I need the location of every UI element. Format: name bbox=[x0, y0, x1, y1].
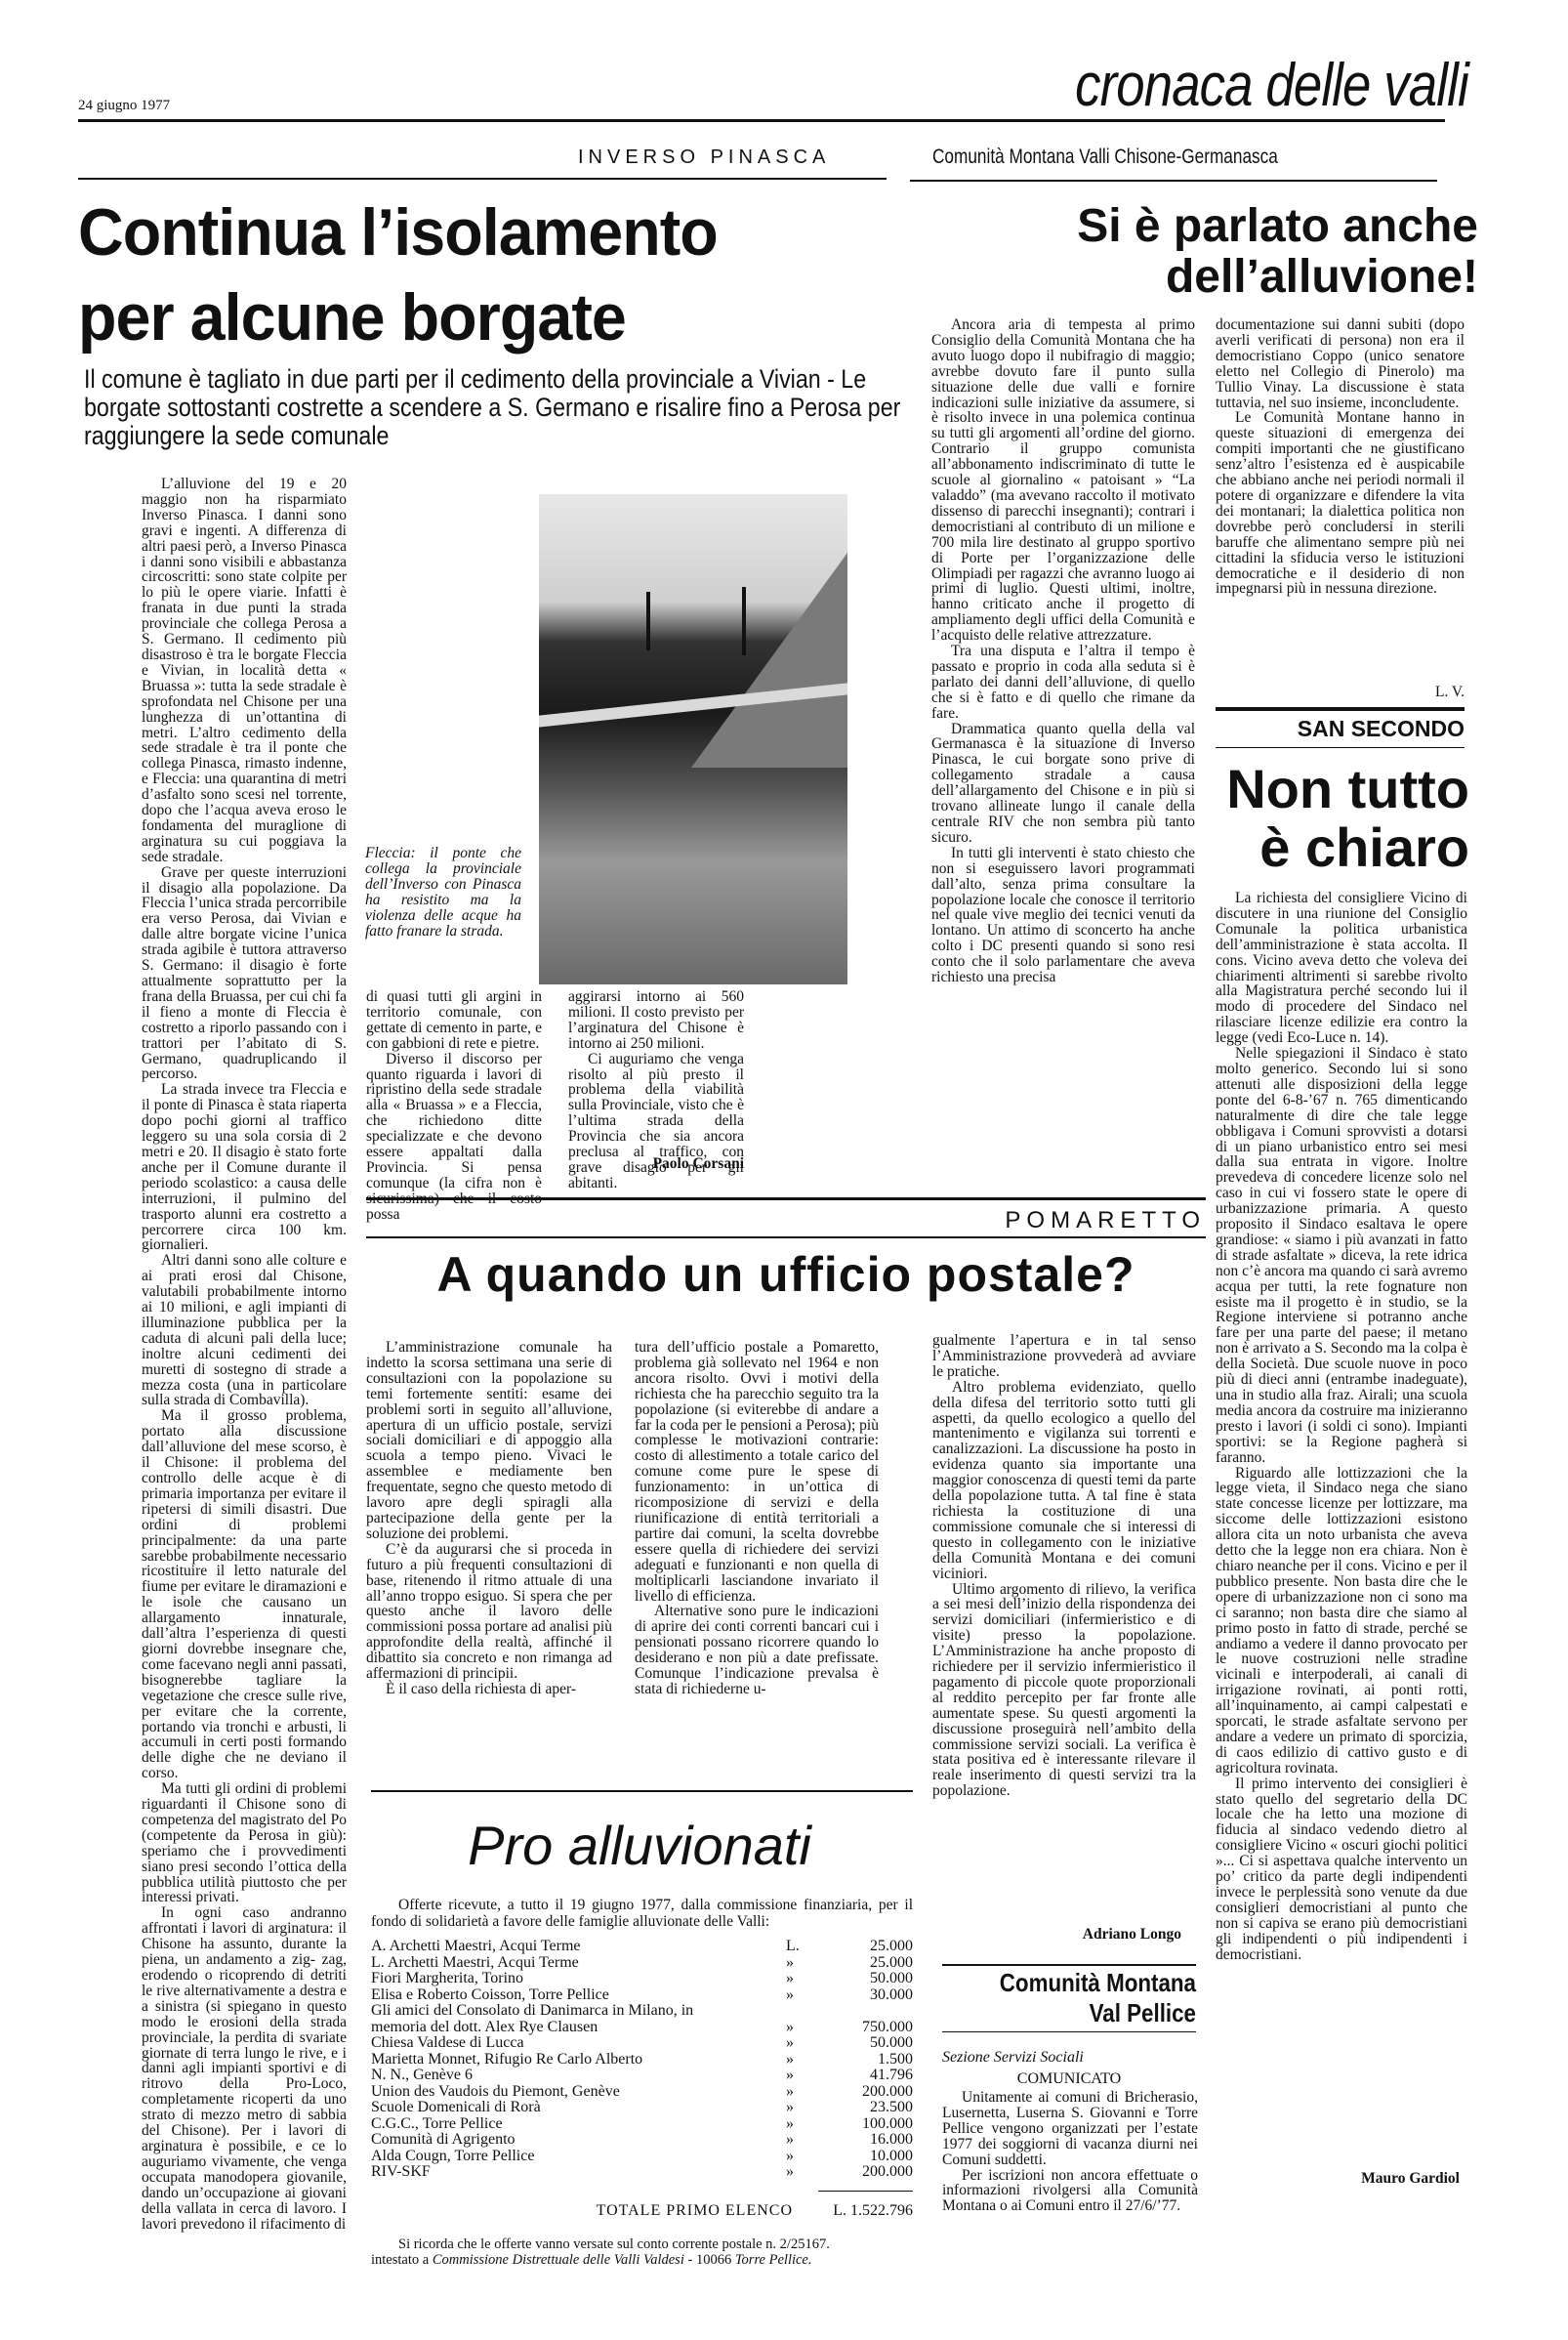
donations-note-line2: intestato a Commissione Distrettuale del… bbox=[371, 2252, 913, 2268]
paragraph: Altro problema evidenziato, quello della… bbox=[932, 1380, 1196, 1582]
paragraph: Ancora aria di tempesta al primo Consigl… bbox=[931, 317, 1195, 644]
article1-headline-line2: per alcune borgate bbox=[78, 275, 626, 359]
val-pellice-rule-bottom bbox=[942, 2031, 1196, 2032]
table-row: L. Archetti Maestri, Acqui Terme»25.000 bbox=[371, 1955, 913, 1972]
utility-pole bbox=[646, 592, 650, 650]
article5-body: Unitamente ai comuni di Bricherasio, Lus… bbox=[942, 2090, 1198, 2214]
paragraph: Riguardo alle lottizzazioni che la legge… bbox=[1216, 1466, 1467, 1776]
paragraph: aggirarsi intorno ai 560 milioni. Il cos… bbox=[568, 989, 744, 1052]
donations-intro: Offerte ricevute, a tutto il 19 giugno 1… bbox=[371, 1897, 913, 1930]
article5-headline-line2: Val Pellice bbox=[973, 1998, 1196, 2028]
article1-column-2: di quasi tutti gli argini in territorio … bbox=[366, 989, 542, 1223]
section-rule-left bbox=[78, 178, 887, 180]
table-row: Union des Vaudois du Piemont, Genève»200… bbox=[371, 2084, 913, 2101]
paragraph: In ogni caso andranno affrontati i lavor… bbox=[142, 1905, 347, 2232]
paragraph: Tra una disputa e l’altra il tempo è pas… bbox=[931, 644, 1195, 722]
donations-rule bbox=[371, 1790, 913, 1792]
article1-headline-line1: Continua l’isolamento bbox=[78, 190, 718, 274]
article3-headline-line2: è chiaro bbox=[1216, 818, 1469, 877]
paragraph: di quasi tutti gli argini in territorio … bbox=[366, 989, 542, 1052]
donations-table: A. Archetti Maestri, Acqui TermeL.25.000… bbox=[371, 1939, 913, 2181]
article1-subhead: Il comune è tagliato in due parti per il… bbox=[84, 365, 932, 450]
article3-headline-line1: Non tutto bbox=[1216, 760, 1469, 818]
table-row: C.G.C., Torre Pellice»100.000 bbox=[371, 2116, 913, 2133]
paragraph: L’amministrazione comunale ha indetto la… bbox=[366, 1340, 612, 1542]
val-pellice-rule-top bbox=[942, 1964, 1196, 1966]
section-label-pomaretto: POMARETTO bbox=[937, 1207, 1206, 1234]
section-label-inverso-pinasca: INVERSO PINASCA bbox=[578, 146, 830, 169]
paragraph: Nelle spiegazioni il Sindaco è stato mol… bbox=[1216, 1046, 1467, 1465]
article4-column-3: gualmente l’apertura e in tal senso l’Am… bbox=[932, 1333, 1196, 1799]
paragraph: gualmente l’apertura e in tal senso l’Am… bbox=[932, 1333, 1196, 1380]
donations-title: Pro alluvionati bbox=[366, 1815, 913, 1877]
section-rule-right bbox=[910, 180, 1437, 182]
paragraph: C’è da augurarsi che si proceda in futur… bbox=[366, 1542, 612, 1682]
donations-note: Si ricorda che le offerte vanno versate … bbox=[371, 2236, 913, 2268]
paragraph: È il caso della richiesta di aper- bbox=[366, 1682, 612, 1697]
article2-headline-line1: Si è parlato anche bbox=[918, 200, 1478, 253]
masthead: cronaca delle valli bbox=[1075, 51, 1468, 120]
paragraph: Drammatica quanto quella della val Germa… bbox=[931, 722, 1195, 846]
pomaretto-rule-bottom bbox=[366, 1236, 1206, 1238]
section-label-san-secondo: SAN SECONDO bbox=[1216, 716, 1465, 742]
donations-total-label: TOTALE PRIMO ELENCO bbox=[547, 2202, 793, 2220]
paragraph: Altri danni sono alle colture e ai prati… bbox=[142, 1253, 347, 1408]
paragraph: Per iscrizioni non ancora effettuate o i… bbox=[942, 2168, 1198, 2215]
article3-byline: Mauro Gardiol bbox=[1216, 2170, 1460, 2188]
paragraph: Unitamente ai comuni di Bricherasio, Lus… bbox=[942, 2090, 1198, 2168]
article4-headline: A quando un ufficio postale? bbox=[366, 1245, 1206, 1304]
article1-byline: Paolo Corsani bbox=[568, 1155, 744, 1173]
paragraph: L’alluvione del 19 e 20 maggio non ha ri… bbox=[142, 477, 347, 865]
donations-note-line1: Si ricorda che le offerte vanno versate … bbox=[371, 2236, 913, 2252]
mountain-shape bbox=[691, 553, 847, 768]
article4-column-1: L’amministrazione comunale ha indetto la… bbox=[366, 1340, 612, 1697]
paragraph: La strada invece tra Fleccia e il ponte … bbox=[142, 1082, 347, 1253]
san-secondo-rule-top bbox=[1216, 707, 1465, 711]
paragraph: Grave per queste interruzioni il disagio… bbox=[142, 865, 347, 1083]
utility-pole bbox=[742, 587, 746, 655]
table-row: Scuole Domenicali di Rorà»23.500 bbox=[371, 2100, 913, 2116]
table-row: A. Archetti Maestri, Acqui TermeL.25.000 bbox=[371, 1939, 913, 1955]
article2-column-2: documentazione sui danni subiti (dopo av… bbox=[1216, 317, 1465, 597]
photo-caption: Fleccia: il ponte che collega la provinc… bbox=[365, 846, 521, 940]
article1-column-1: L’alluvione del 19 e 20 maggio non ha ri… bbox=[142, 477, 347, 2215]
paragraph: Ma tutti gli ordini di problemi riguarda… bbox=[142, 1781, 347, 1905]
issue-date: 24 giugno 1977 bbox=[78, 98, 170, 114]
paragraph: Le Comunità Montane hanno in queste situ… bbox=[1216, 410, 1465, 597]
article2-column-1: Ancora aria di tempesta al primo Consigl… bbox=[931, 317, 1195, 985]
table-row: Alda Cougn, Torre Pellice»10.000 bbox=[371, 2149, 913, 2165]
paragraph: Alternative sono pure le indicazioni di … bbox=[635, 1604, 879, 1696]
article3-body: La richiesta del consigliere Vicino di d… bbox=[1216, 891, 1467, 1963]
section-label-comunita-montana: Comunità Montana Valli Chisone-Germanasc… bbox=[932, 146, 1278, 169]
paragraph: tura dell’ufficio postale a Pomaretto, p… bbox=[635, 1340, 879, 1604]
article2-headline-line2: dell’alluvione! bbox=[918, 251, 1478, 304]
article2-byline: L. V. bbox=[1318, 684, 1465, 701]
flood-photo bbox=[539, 494, 847, 984]
paragraph: In tutti gli interventi è stato chiesto … bbox=[931, 846, 1195, 985]
paragraph: Ma il grosso problema, portato alla disc… bbox=[142, 1408, 347, 1781]
paragraph: Il primo intervento dei consiglieri è st… bbox=[1216, 1776, 1467, 1963]
san-secondo-rule-bottom bbox=[1216, 747, 1465, 748]
article5-headline-line1: Comunità Montana bbox=[973, 1968, 1196, 1998]
article4-column-2: tura dell’ufficio postale a Pomaretto, p… bbox=[635, 1340, 879, 1697]
article5-headline: Comunità Montana Val Pellice bbox=[973, 1968, 1196, 2028]
table-row: Fiori Margherita, Torino»50.000 bbox=[371, 1971, 913, 1987]
masthead-rule bbox=[78, 119, 1445, 122]
paragraph: La richiesta del consigliere Vicino di d… bbox=[1216, 891, 1467, 1046]
pomaretto-rule-top bbox=[366, 1197, 1206, 1200]
article5-label: COMUNICATO bbox=[942, 2070, 1196, 2088]
table-row: Comunità di Agrigento»16.000 bbox=[371, 2132, 913, 2149]
table-row: Marietta Monnet, Rifugio Re Carlo Albert… bbox=[371, 2052, 913, 2068]
table-row: Chiesa Valdese di Lucca»50.000 bbox=[371, 2035, 913, 2052]
article4-byline: Adriano Longo bbox=[932, 1926, 1181, 1943]
paragraph: documentazione sui danni subiti (dopo av… bbox=[1216, 317, 1465, 410]
table-row: RIV-SKF»200.000 bbox=[371, 2164, 913, 2181]
table-row: Gli amici del Consolato di Danimarca in … bbox=[371, 2003, 913, 2035]
article5-kicker: Sezione Servizi Sociali bbox=[942, 2049, 1084, 2067]
table-row: N. N., Genève 6»41.796 bbox=[371, 2068, 913, 2084]
table-row: Elisa e Roberto Coisson, Torre Pellice»3… bbox=[371, 1987, 913, 2004]
total-rule bbox=[818, 2191, 913, 2192]
donations-total-value: L. 1.522.796 bbox=[801, 2202, 913, 2220]
paragraph: Ultimo argomento di rilievo, la verifica… bbox=[932, 1582, 1196, 1800]
